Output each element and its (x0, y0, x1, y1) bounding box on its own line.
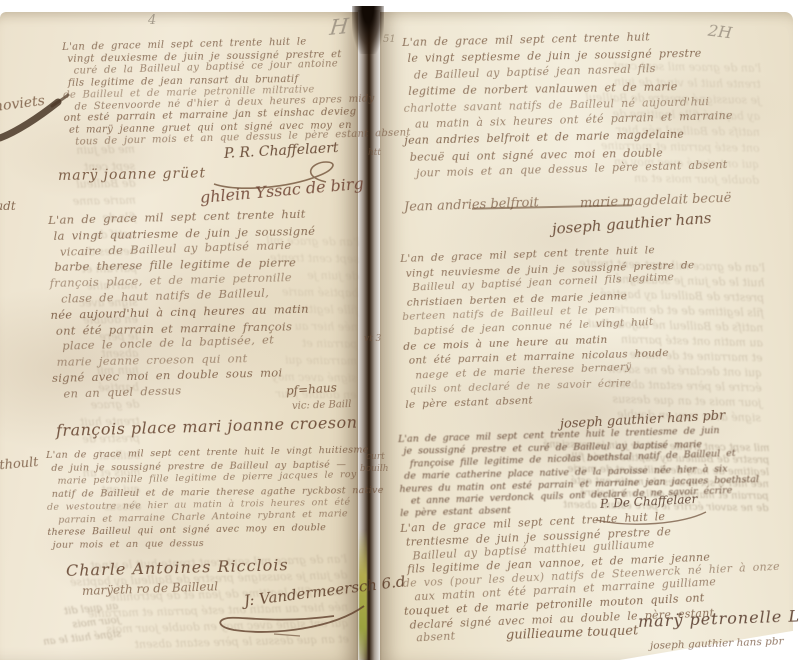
signature-officiant-title: vic: de Baill (292, 399, 352, 412)
baptism-entry: L'an de grace mil sept cent trente huit … (46, 444, 370, 553)
signature-witness: marÿ joanne grüet (58, 165, 206, 184)
margin-ink-stroke (0, 92, 70, 147)
signature-flourish (214, 600, 374, 640)
baptism-entry: L'an de grace mil sept cent trente huitl… (48, 205, 365, 402)
margin-note: htt (368, 148, 381, 158)
baptism-entry: L'an de grace mil sept cent trente huit … (400, 239, 781, 413)
baptism-entry: L'an de grace mil sept cent trente huit … (62, 35, 360, 149)
page-number: 51 (383, 34, 396, 45)
baptism-entry: L'an de grace mil sept cent trente huit … (398, 423, 782, 520)
pencil-mark: 4 (148, 13, 156, 28)
margin-note: adt (0, 199, 16, 213)
baptism-entry: L'an de grace mil sept cent trente huitl… (402, 27, 777, 183)
margin-note: vt 3 (364, 334, 381, 344)
manuscript-photo: me de juin sept cent de Bailleul marie a… (0, 0, 800, 660)
